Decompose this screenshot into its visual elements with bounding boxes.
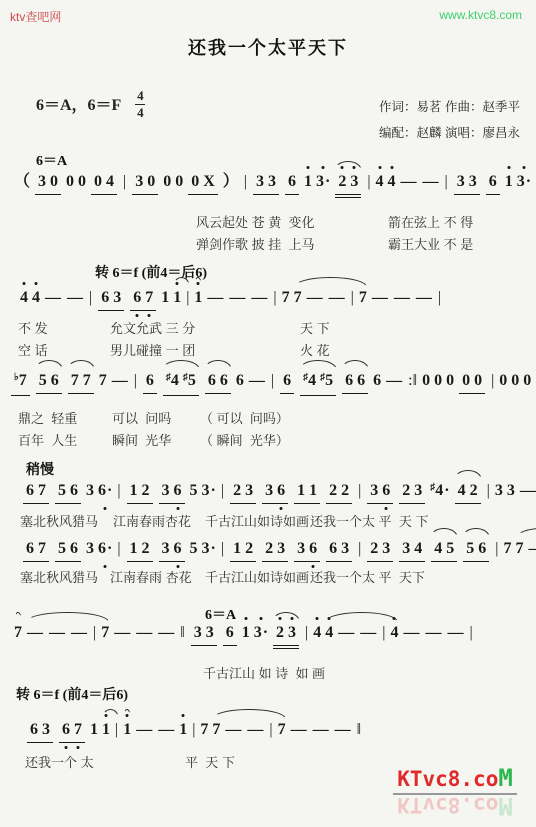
note: 6 [356,369,366,393]
augmentation-dot: · [211,479,216,503]
slur-group: 1 [121,718,133,742]
note: 2 [337,170,347,194]
note: 6 [29,718,39,742]
note: 0 [49,170,59,194]
barline-or-symbol: | [134,369,137,393]
barline-or-symbol: | [244,170,247,194]
note: 1 [122,718,132,742]
lyric-line: 空 话男儿碰撞 一 团火 花 [0,340,536,358]
dash: — [360,621,376,645]
slur-group: 1| [171,286,192,310]
note: 4 [433,537,443,561]
beamed-group: 67 [23,537,49,562]
key-signature: 6＝A，6＝F44 [36,92,145,119]
note: 2 [369,537,379,561]
note: 3 [134,170,144,194]
barline-or-symbol: | [358,537,361,561]
note: 3 [264,479,274,503]
watermark-site-right: www.ktvc8.com [439,8,522,22]
note: 2 [141,479,151,503]
augmentation-dot: · [107,479,112,503]
note: 4 [375,170,385,194]
note: 0 [498,369,508,393]
dash: — [338,621,354,645]
note: 3 [401,537,411,561]
note: 6 [173,537,183,561]
slur-group: ♯4♯5 [297,369,339,396]
music-line: ♭756777—|6♯4♯5666—|6♯4♯5666—:‖00000|0000… [8,369,536,397]
note: 1 [101,718,111,742]
note: 7 [98,369,108,393]
barline-or-symbol: | [367,170,370,194]
section-header-modulation-2: 转 6＝f (前4＝后6) [16,684,128,704]
lyric-segment: 江南春雨杏花 [113,511,191,530]
lyric-segment: 允文允武 三 分 [110,318,195,337]
beamed-group: 00 [459,369,485,394]
lyric-segment: 风云起处 苍 黄 变化 [196,212,314,231]
note: 3 [349,170,359,194]
note: 6 [488,170,498,194]
note: 1 [129,479,139,503]
note: 4 [312,621,322,645]
dash: — [114,621,130,645]
dash: — [329,286,345,310]
dash: — [307,286,323,310]
note: 7 [277,718,287,742]
lyric-segment: 不 发 [18,318,48,337]
note: 3 [193,621,203,645]
barline-or-symbol: | [358,479,361,503]
dash: — [529,537,536,561]
music-line: 636711|1——1|77——|7———‖ [24,718,364,746]
note: 1 [303,170,313,194]
note: 3 [161,537,171,561]
note: 3 [37,170,47,194]
note: 7 [293,286,303,310]
barline-or-symbol: | [221,537,224,561]
note: 5 [57,479,67,503]
dash: — [313,718,329,742]
note: 3 [456,170,466,194]
beamed-group: 6 [285,170,299,195]
note: 6 [287,170,297,194]
note: 0 [421,369,431,393]
lyric-segment: 空 话 [18,340,48,359]
dash: — [447,621,463,645]
accidental: ♯ [430,482,435,493]
beamed-group: 63 [98,286,124,311]
note: 3 [276,537,286,561]
note: 3 [369,479,379,503]
note: 6 [477,537,487,561]
note: 4 [19,286,29,310]
note: 6 [225,621,235,645]
slur-group: 23 [332,170,364,198]
note: 6· [97,537,113,561]
beamed-group: 67 [23,479,49,504]
note: 3 [267,170,277,194]
note: 1 [178,718,188,742]
lyric-segment: （ 瞬间 光华） [200,430,289,449]
barline-or-symbol: | [115,718,118,742]
beamed-group: 23 [399,479,425,504]
lyric-segment: 鼎之 轻重 [18,408,77,427]
note: 6· [97,479,113,503]
credit-line-2: 编配：赵麟 演唱：廖昌永 [379,120,520,146]
dash: — [45,286,61,310]
beamed-group: 6 [280,369,294,394]
slur-group: 42 [452,479,484,504]
beamed-group: 34 [399,537,425,562]
note: 0 [65,170,75,194]
beamed-group: 33 [191,621,217,646]
accidental: ♯ [320,372,325,383]
note: 7 [82,369,92,393]
slur-group: 4——|4 [323,621,400,645]
slur-group: 1| [100,718,121,742]
note: 6 [50,369,60,393]
beamed-group: 45 [431,537,457,562]
beamed-group: 63 [27,718,53,743]
beamed-group: 30 [35,170,61,195]
lyric-segment: 天 下 [300,318,330,337]
music-line: 7———|7———‖33613·23|44——|4———| [12,621,476,649]
barline-or-symbol: | [491,369,494,393]
note: 6 [219,369,229,393]
note: 0 [162,170,172,194]
note: 3 [413,479,423,503]
beamed-group: 36 [294,537,320,562]
beamed-group: 04 [91,170,117,195]
lyric-segment: 弹剑作歌 披 挂 上马 [196,234,314,253]
note: 6 [381,479,391,503]
note: 1 [129,537,139,561]
music-line: 44——|636711|1———|77——|7———| [18,286,444,314]
note: 2 [275,621,285,645]
accidental: ♭ [14,372,19,383]
lyric-line: 千古江山 如 诗 如 画 [0,663,536,681]
barline-or-symbol: ‖ [357,718,362,742]
note: 6 [308,537,318,561]
note: 3 [161,479,171,503]
note: 5 [38,369,48,393]
beamed-group: 36 [159,537,185,562]
barline-or-symbol: | [192,718,195,742]
dash: — [416,286,432,310]
note: 0 [445,369,455,393]
music-line: 675636·|123653·|12233663|23344556|77——| [20,537,536,565]
note: 6 [173,479,183,503]
note: 2 [244,537,254,561]
note: 6 [132,286,142,310]
barline-or-symbol: ） [223,170,239,194]
note: ♯4· [429,479,450,505]
note: 4 [457,479,467,503]
watermark-site-left: ktv查吧网 [10,8,61,25]
note: 2 [401,479,411,503]
beamed-group: 23 [262,537,288,562]
note: 0 [433,369,443,393]
lyric-line: 塞北秋风猎马江南春雨 杏花千古江山如诗如画还我一个太 平 天下 [0,567,536,585]
beamed-group: 6 [486,170,500,195]
beamed-group: 33 [253,170,279,195]
beamed-group: 23 [230,479,256,504]
beamed-group: 66 [342,369,368,394]
dash: — [71,621,87,645]
dash: — [158,621,174,645]
dash: — [247,718,263,742]
beamed-group: 22 [326,479,352,504]
accidental: ♯ [183,372,188,383]
slur-group: 66 [339,369,371,394]
slur-group: 1 [192,286,204,310]
slur-group: 45 [428,537,460,562]
dash: — [401,170,417,194]
beamed-group: 23 [335,170,361,198]
site-logo: KTvc8.coM KTvc8.coM [384,764,526,820]
note: 6 [372,369,382,393]
barline-or-symbol: | [221,479,224,503]
beamed-group: 36 [159,479,185,504]
lyric-segment: 还我一个 太 [25,752,94,771]
note: 3 [85,479,95,503]
barline-or-symbol: | [495,537,498,561]
lyric-segment: 火 花 [300,340,330,359]
beamed-group: 67 [130,286,156,311]
lyric-segment: 千古江山如诗如画 [205,567,309,586]
note: 6 [25,479,35,503]
note: 2 [469,479,479,503]
note: 0 [93,170,103,194]
dash: — [27,621,43,645]
barline-or-symbol: | [89,286,92,310]
beamed-group: ♯4♯5 [300,369,336,396]
slur-group: 56 [460,537,492,562]
beamed-group: 56 [463,537,489,562]
note: 5 [445,537,455,561]
note: 5 [57,537,67,561]
note: 6 [328,537,338,561]
note: 7 [70,369,80,393]
beamed-group: 6 [223,621,237,646]
beamed-group: 0X [188,170,218,195]
beamed-group: 63 [326,537,352,562]
note: 2 [141,537,151,561]
barline-or-symbol: | [271,369,274,393]
note: ♯5 [182,369,197,395]
barline-or-symbol: （ [14,170,30,194]
dash: — [372,286,388,310]
note: 3 [244,479,254,503]
note: 0 [461,369,471,393]
note: 7 [13,621,23,645]
accidental: ♯ [166,372,171,383]
beamed-group: ♯4♯5 [163,369,199,396]
note: 0 [473,369,483,393]
dash: — [251,286,267,310]
note: 5 [189,537,199,561]
note: 4 [387,170,397,194]
slur-group: 7 [12,621,24,645]
lyric-segment: 霸王大业 不 是 [388,234,473,253]
slur-group: 7——|7 [210,718,287,742]
music-line: （300004|30000X）|33613·23|44——|33613·23| [12,170,536,198]
note: 4 [324,621,334,645]
note: 1 [160,286,170,310]
section-header-key-1: 6＝A [36,150,67,170]
barline-or-symbol: | [469,621,472,645]
beamed-group: 36 [367,479,393,504]
augmentation-dot: · [263,621,268,645]
lyric-line: 百年 人生瞬间 光华（ 瞬间 光华） [0,430,536,448]
note: 3· [201,537,217,561]
barline-or-symbol: | [117,479,120,503]
dash: — [291,718,307,742]
note: 6 [282,369,292,393]
barline-or-symbol: | [487,479,490,503]
dash: — [386,369,402,393]
barline-or-symbol: | [186,286,189,310]
dash: — [335,718,351,742]
lyric-segment: 可以 问吗 [112,408,171,427]
slur-group: 56 [33,369,65,394]
note: 7 [199,718,209,742]
time-signature: 44 [135,89,145,119]
dash: — [249,369,265,393]
barline-or-symbol: | [269,718,272,742]
beamed-group: 30 [132,170,158,195]
note: 1 [232,537,242,561]
beamed-group: 33 [454,170,480,195]
time-signature-bottom: 4 [135,106,145,120]
note: 6 [25,537,35,561]
note: 2 [232,479,242,503]
note: 7 [100,621,110,645]
note: 3 [85,537,95,561]
note: X [202,170,216,194]
beamed-group: 42 [455,479,481,504]
note: 2 [264,537,274,561]
beamed-group: 36 [262,479,288,504]
page-title: 还我一个太平天下 [0,34,536,60]
beamed-group: 23 [367,537,393,562]
dash: — [403,621,419,645]
lyric-line: 鼎之 轻重可以 问吗（ 可以 问吗） [0,408,536,426]
slur-group: 7—— [514,537,536,561]
lyric-segment: 平 天 下 [185,752,235,771]
note: 3 [112,286,122,310]
beamed-group: ♭7 [11,369,30,396]
note: 6 [344,369,354,393]
lyric-segment: 江南春雨 杏花 [110,567,192,586]
note: 0 [190,170,200,194]
lyric-segment: （ 可以 问吗） [200,408,289,427]
note: 1 [172,286,182,310]
note: 5 [465,537,475,561]
slur-group: 23 [270,621,302,649]
barline-or-symbol: | [117,537,120,561]
note: 4 [105,170,115,194]
dash: — [423,170,439,194]
lyric-segment: 还我一个太 平 天 下 [310,511,428,530]
barline-or-symbol: :‖ [408,369,417,393]
note: 7 [515,537,525,561]
note: 6 [69,479,79,503]
dash: — [225,718,241,742]
credit-line-1: 作词：易茗 作曲：赵季平 [379,94,520,120]
slur-group: ———|7 [24,621,111,645]
note: 6 [100,286,110,310]
note: 0 [174,170,184,194]
note: 0 [146,170,156,194]
slur-group: 66 [202,369,234,394]
dash: — [425,621,441,645]
lyric-segment: 塞北秋风猎马 [20,567,98,586]
note: 6 [276,479,286,503]
site-logo-text: KTvc8.coM [393,764,517,795]
dash: — [207,286,223,310]
note: 0 [510,369,520,393]
slur-group: 7——|7 [292,286,369,310]
augmentation-dot: · [325,170,330,194]
note: 4 [31,286,41,310]
note: 1 [296,479,306,503]
beamed-group: 77 [68,369,94,394]
note: 3 [340,537,350,561]
note: 3 [205,621,215,645]
note: 7 [503,537,513,561]
key-signature-text: 6＝A，6＝F [36,97,121,114]
beamed-group: 56 [36,369,62,394]
lyric-line: 弹剑作歌 披 挂 上马霸王大业 不 是 [0,234,536,252]
augmentation-dot: · [211,537,216,561]
beamed-group: 6 [143,369,157,394]
barline-or-symbol: | [438,286,441,310]
note: 3 [255,170,265,194]
note: 0 [522,369,532,393]
note: 1 [193,286,203,310]
lyric-line: 塞北秋风猎马江南春雨杏花千古江山如诗如画还我一个太 平 天 下 [0,511,536,529]
lyric-line: 风云起处 苍 黄 变化箭在弦上 不 得 [0,212,536,230]
note: 3· [253,621,269,645]
lyric-segment: 千古江山如诗如画 [205,511,309,530]
augmentation-dot: · [526,170,531,194]
beamed-group: 12 [127,537,153,562]
note: 4 [413,537,423,561]
lyric-segment: 还我一个太 平 天下 [310,567,425,586]
beamed-group: 11 [294,479,320,504]
section-header-modulation-1: 转 6＝f (前4＝后6) [95,262,207,282]
lyric-line: 不 发允文允武 三 分天 下 [0,318,536,336]
beamed-group: 12 [230,537,256,562]
note: ♯4 [165,369,180,395]
time-signature-top: 4 [135,89,145,103]
barline-or-symbol: | [351,286,354,310]
note: 3 [296,537,306,561]
music-line: 675636·|123653·|23361122|3623♯4·42|33——| [20,479,536,507]
lyric-segment: 千古江山 如 诗 如 画 [203,663,325,682]
lyric-segment: 塞北秋风猎马 [20,511,98,530]
note: 3· [516,170,532,194]
slur-group: ♯4♯5 [160,369,202,396]
barline-or-symbol: | [382,621,385,645]
note: 1 [89,718,99,742]
barline-or-symbol: | [93,621,96,645]
augmentation-dot: · [444,479,449,503]
note: 3 [506,479,516,503]
dash: — [158,718,174,742]
beamed-group: 23 [273,621,299,649]
